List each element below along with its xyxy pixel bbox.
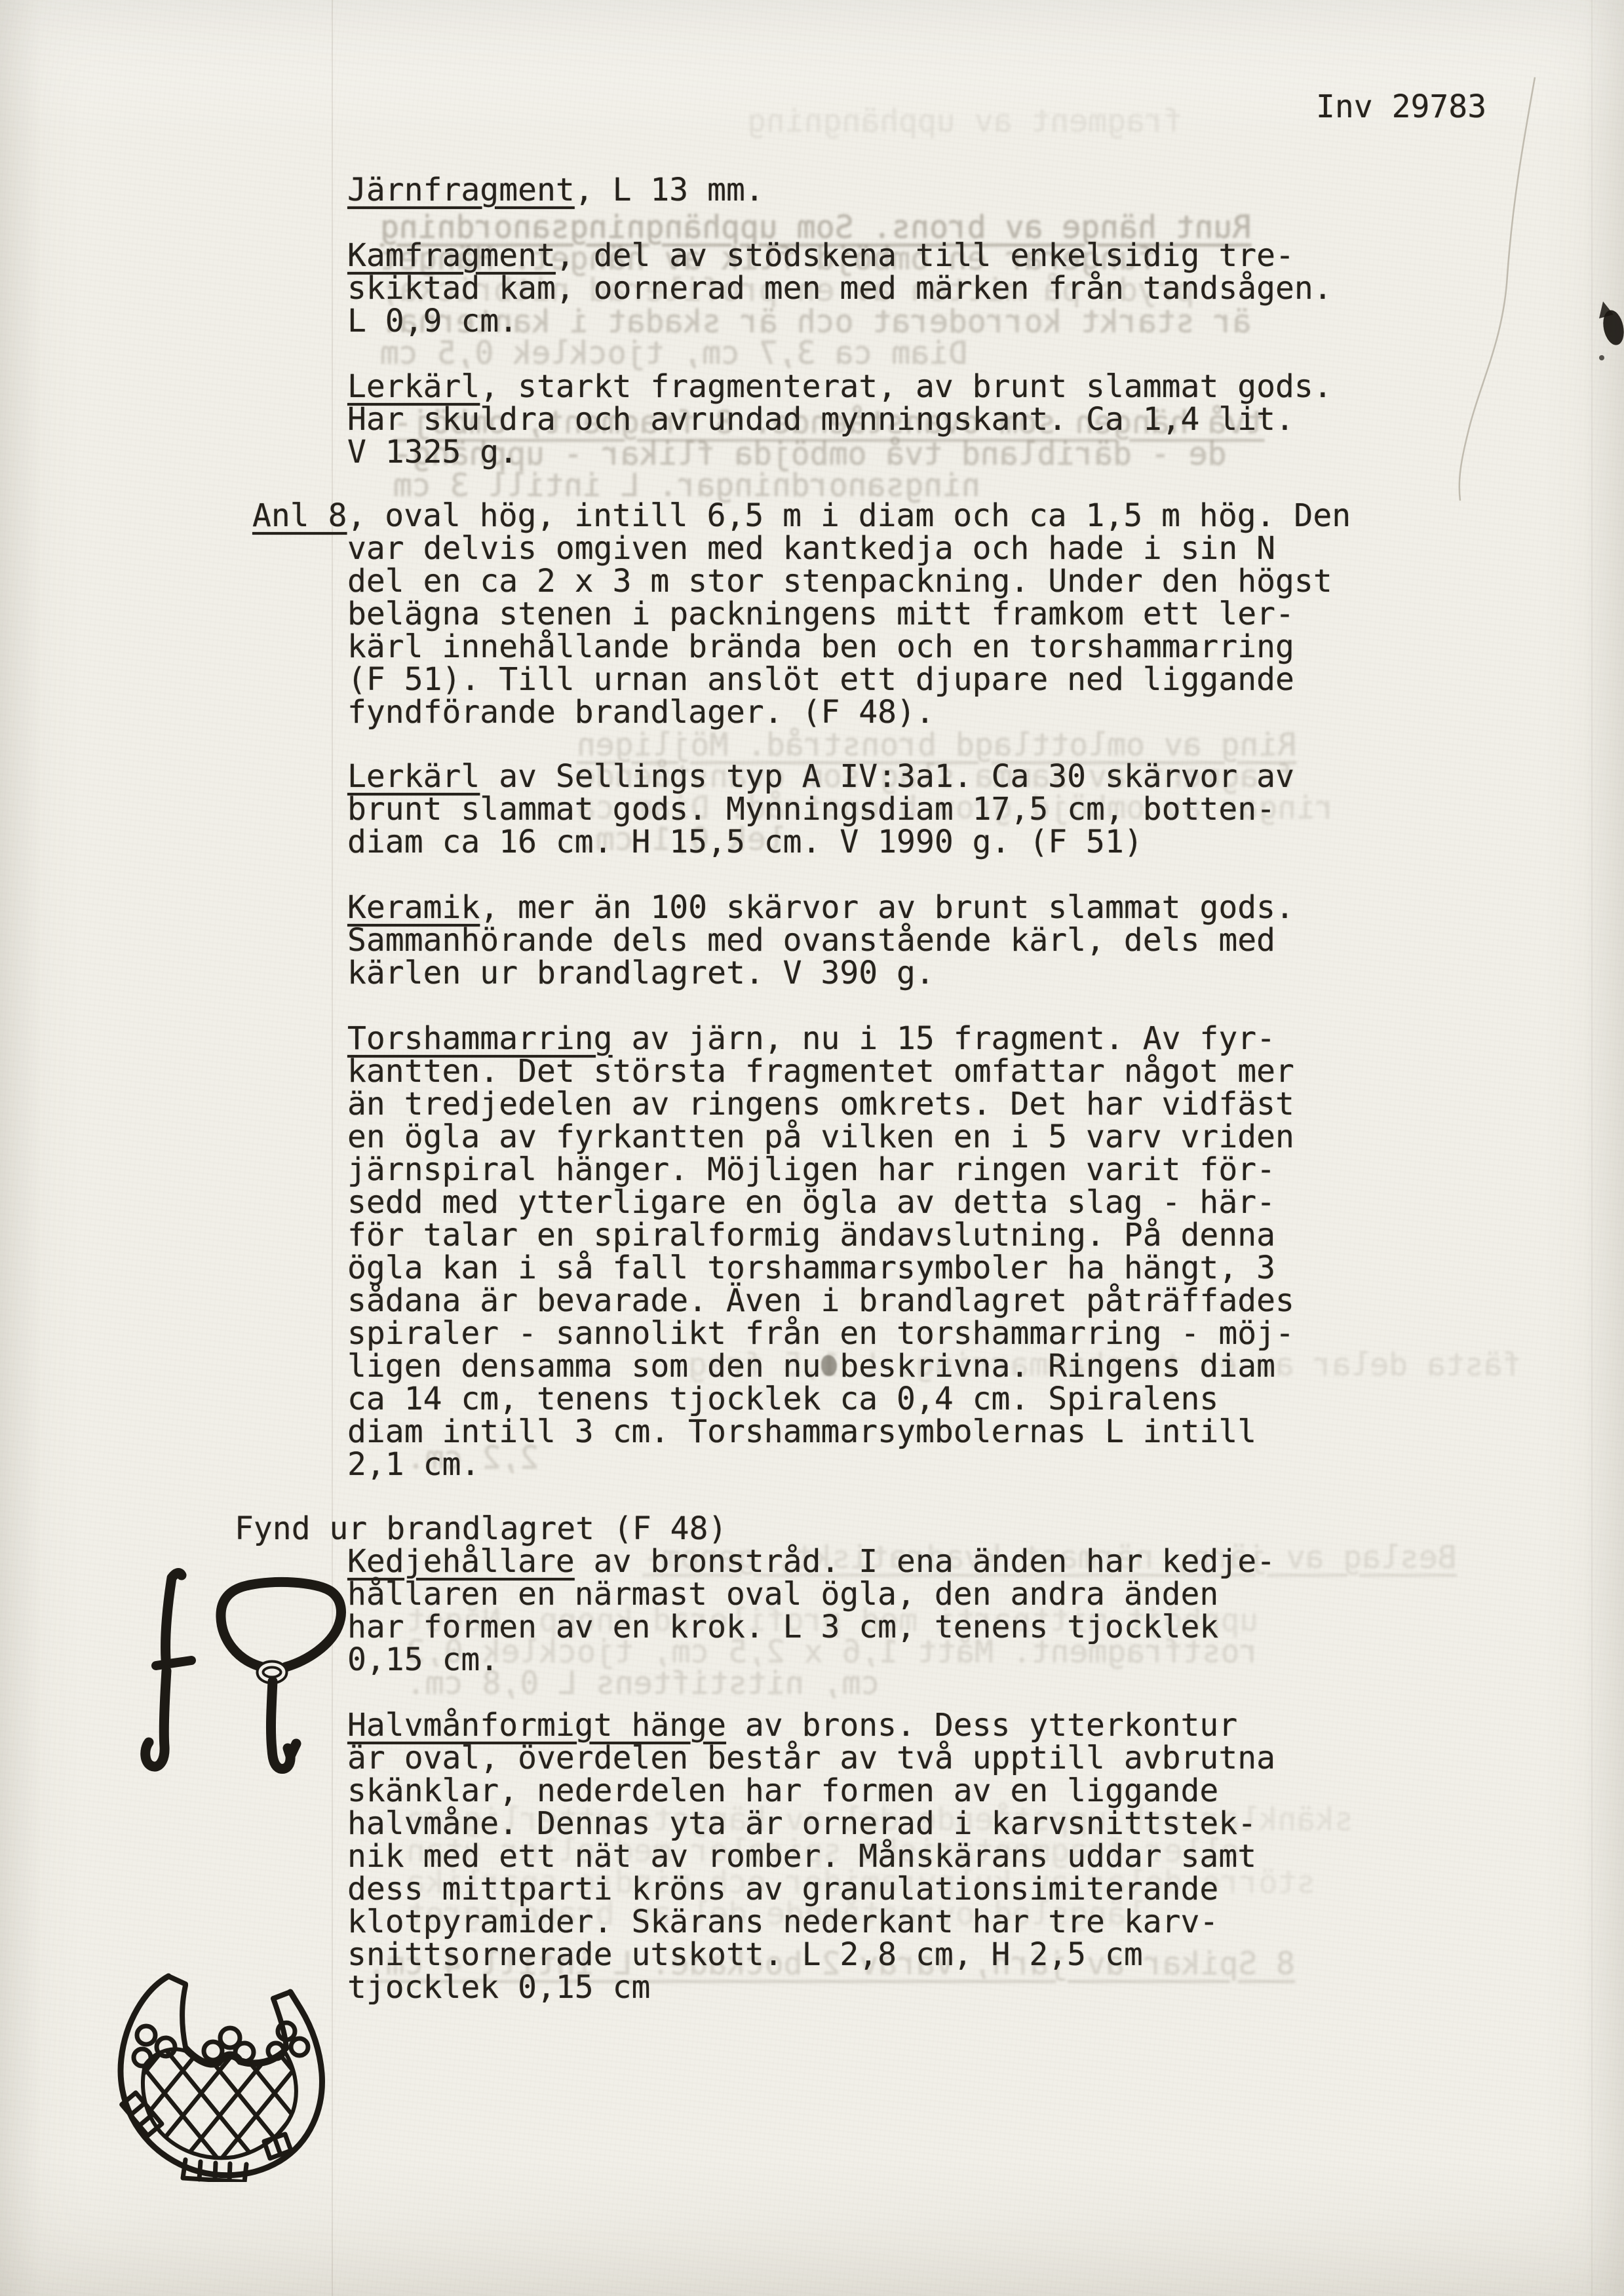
paragraph-halvmanformigt-hange: Halvmånformigt hänge av brons. Dess ytte… [347,1709,1275,2004]
bleedthrough-line: Ring av omlottlagd bronstråd. Möjligen [577,729,1296,761]
underlined-headword: Torshammarring [347,1020,613,1057]
loop-and-hook-figure [221,1582,341,1769]
hatch-field-border [143,2049,296,2158]
document-page: fragment av upphängningRunt hänge av bro… [0,0,1624,2296]
crease-line [1460,77,1535,501]
heading-fynd-ur-brandlagret: Fynd ur brandlagret (F 48) [235,1512,727,1545]
hook-figure [145,1573,191,1767]
chain-holder-sketch [138,1561,360,1784]
paragraph-lerkarl-sellings: Lerkärl av Sellings typ A IV:3a1. Ca 30 … [347,760,1294,858]
underlined-headword: Kedjehållare [347,1543,575,1580]
half-moon-pendant-sketch [108,1966,331,2182]
paragraph-keramik: Keramik, mer än 100 skärvor av brunt sla… [347,891,1294,989]
paragraph-torshammarring: Torshammarring av järn, nu i 15 fragment… [347,1022,1294,1481]
underlined-headword: Halvmånformigt hänge [347,1707,726,1744]
ink-smudge [821,1355,837,1376]
underlined-headword: Lerkärl [347,758,480,795]
paper-crease-and-ink-blot [0,0,1624,655]
ink-blot [1599,301,1624,360]
underlined-headword: Keramik [347,889,480,926]
paragraph-kedjehallare: Kedjehållare av bronstråd. I ena änden h… [347,1545,1275,1676]
